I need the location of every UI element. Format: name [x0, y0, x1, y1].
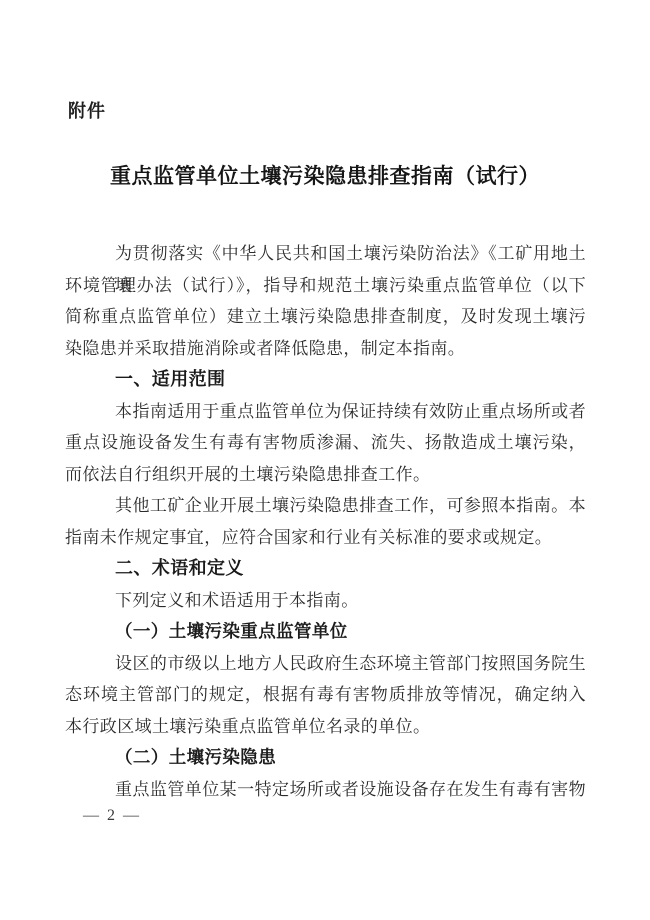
- paragraph-line: 下列定义和术语适用于本指南。: [65, 585, 586, 617]
- paragraph-line: 设区的市级以上地方人民政府生态环境主管部门按照国务院生: [65, 648, 586, 680]
- paragraph-scope-1: 本指南适用于重点监管单位为保证持续有效防止重点场所或者 重点设施设备发生有毒有害…: [65, 396, 586, 491]
- paragraph-line: 环境管理办法（试行）》，指导和规范土壤污染重点监管单位（以下: [65, 270, 586, 302]
- paragraph-line: 重点监管单位某一特定场所或者设施设备存在发生有毒有害物: [65, 774, 586, 806]
- paragraph-line: 本指南适用于重点监管单位为保证持续有效防止重点场所或者: [65, 396, 586, 428]
- paragraph-intro: 为贯彻落实《中华人民共和国土壤污染防治法》《工矿用地土壤 环境管理办法（试行）》…: [65, 238, 586, 364]
- section-heading-scope: 一、适用范围: [65, 364, 586, 396]
- paragraph-scope-2: 其他工矿企业开展土壤污染隐患排查工作，可参照本指南。本 指南未作规定事宜，应符合…: [65, 490, 586, 553]
- paragraph-terms-intro: 下列定义和术语适用于本指南。: [65, 585, 586, 617]
- paragraph-definition-1: 设区的市级以上地方人民政府生态环境主管部门按照国务院生 态环境主管部门的规定，根…: [65, 648, 586, 743]
- document-body: 为贯彻落实《中华人民共和国土壤污染防治法》《工矿用地土壤 环境管理办法（试行）》…: [65, 238, 586, 805]
- paragraph-line: 指南未作规定事宜，应符合国家和行业有关标准的要求或规定。: [65, 522, 586, 554]
- section-heading-terms: 二、术语和定义: [65, 553, 586, 585]
- paragraph-line: 本行政区域土壤污染重点监管单位名录的单位。: [65, 711, 586, 743]
- paragraph-line: 态环境主管部门的规定，根据有毒有害物质排放等情况，确定纳入: [65, 679, 586, 711]
- paragraph-line: 简称重点监管单位）建立土壤污染隐患排查制度，及时发现土壤污: [65, 301, 586, 333]
- paragraph-line: 其他工矿企业开展土壤污染隐患排查工作，可参照本指南。本: [65, 490, 586, 522]
- document-title: 重点监管单位土壤污染隐患排查指南（试行）: [0, 161, 650, 193]
- paragraph-line: 重点设施设备发生有毒有害物质渗漏、流失、扬散造成土壤污染，: [65, 427, 586, 459]
- document-page: 附件 重点监管单位土壤污染隐患排查指南（试行） 为贯彻落实《中华人民共和国土壤污…: [0, 0, 650, 920]
- paragraph-line: 染隐患并采取措施消除或者降低隐患，制定本指南。: [65, 333, 586, 365]
- attachment-label: 附件: [68, 99, 106, 123]
- paragraph-line: 而依法自行组织开展的土壤污染隐患排查工作。: [65, 459, 586, 491]
- paragraph-line: 为贯彻落实《中华人民共和国土壤污染防治法》《工矿用地土壤: [65, 238, 586, 270]
- subheading-soil-pollution-hazard: （二）土壤污染隐患: [65, 742, 586, 774]
- page-number: — 2 —: [83, 805, 141, 827]
- subheading-key-supervision-unit: （一）土壤污染重点监管单位: [65, 616, 586, 648]
- paragraph-definition-2: 重点监管单位某一特定场所或者设施设备存在发生有毒有害物: [65, 774, 586, 806]
